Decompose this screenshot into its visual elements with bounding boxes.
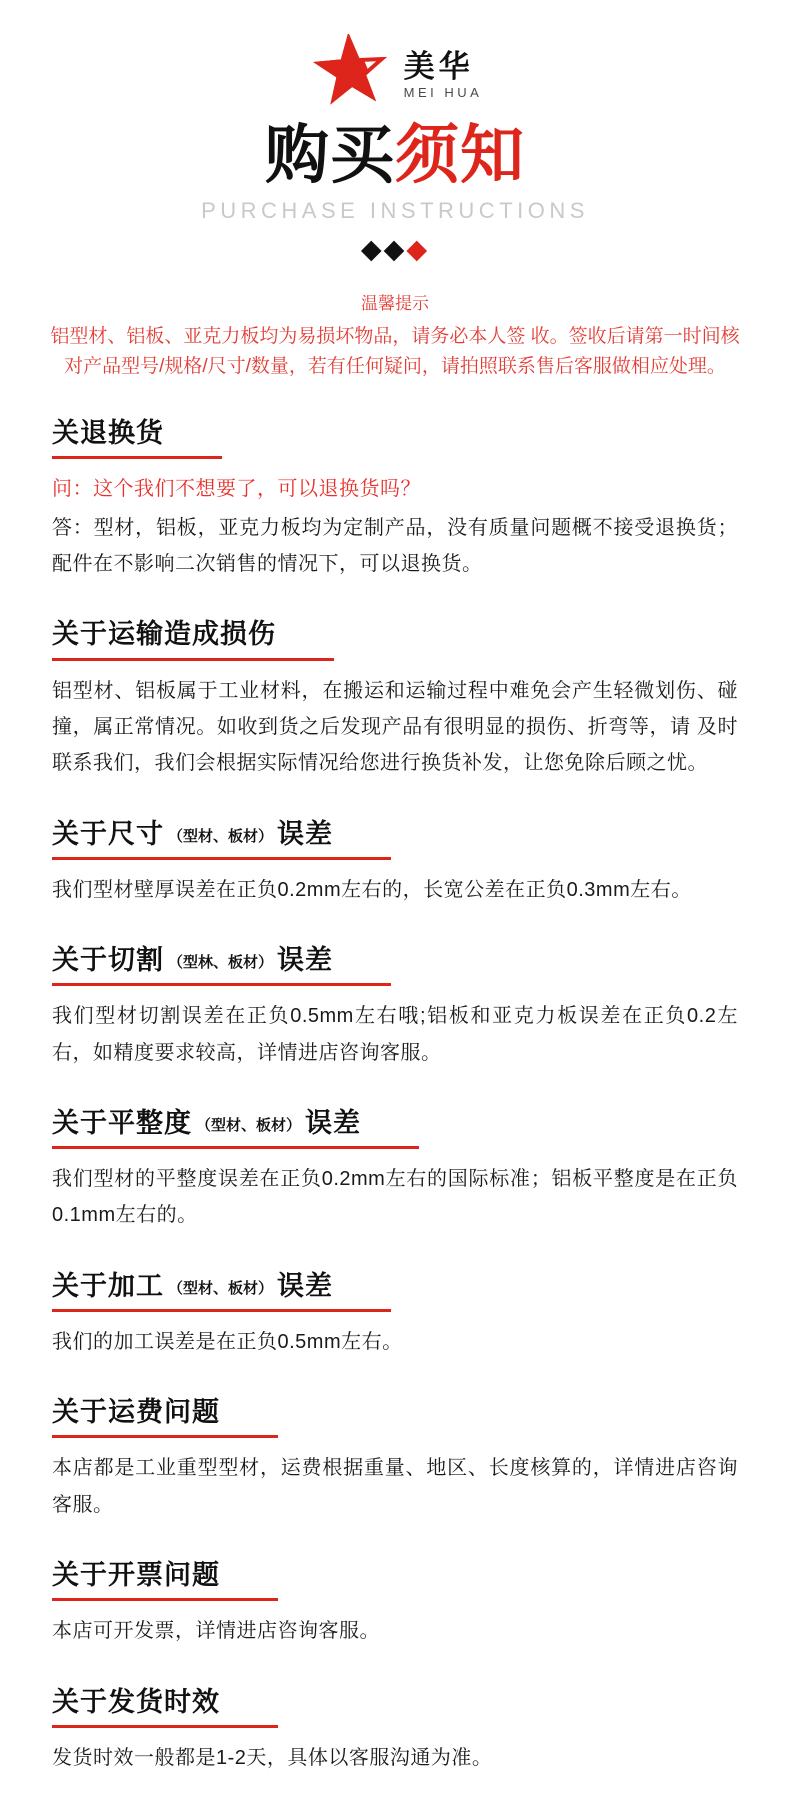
section-title: 关于平整度（型材、板材）误差 (52, 1108, 419, 1149)
sections-list: 关退换货 问：这个我们不想要了，可以退换货吗？ 答：型材，铝板，亚克力板均为定制… (0, 418, 790, 1776)
diamond-icon: ◆ (384, 234, 407, 264)
page-title-red: 须知 (395, 119, 525, 191)
section-title: 关于开票问题 (52, 1560, 278, 1601)
section-freight: 关于运费问题 本店都是工业重型型材，运费根据重量、地区、长度核算的，详情进店咨询… (52, 1397, 738, 1523)
brand-name-cn: 美华 (404, 51, 474, 82)
section-title-text: 关于平整度 (52, 1108, 192, 1138)
section-title-text: 关于加工 (52, 1271, 164, 1301)
section-title-suffix: 误差 (305, 1108, 361, 1138)
purchase-instructions-page: 美华 MEI HUA 购买须知 PURCHASE INSTRUCTIONS ◆◆… (0, 0, 790, 1806)
section-title: 关于发货时效 (52, 1687, 278, 1728)
section-body: 我们型材切割误差在正负0.5mm左右哦;铝板和亚克力板误差在正负0.2左右，如精… (52, 998, 738, 1071)
section-question: 问：这个我们不想要了，可以退换货吗？ (52, 471, 738, 507)
section-title: 关于运费问题 (52, 1397, 278, 1438)
page-title-black: 购买 (265, 119, 395, 191)
section-title: 关退换货 (52, 418, 222, 459)
section-body: 我们的加工误差是在正负0.5mm左右。 (52, 1324, 738, 1360)
page-title: 购买须知 (0, 120, 790, 190)
notice-text: 铝型材、铝板、亚克力板均为易损坏物品，请务必本人签 收。签收后请第一时间核对产品… (45, 322, 745, 381)
section-title-suffix: 误差 (277, 1271, 333, 1301)
section-size-tolerance: 关于尺寸（型材、板材）误差 我们型材壁厚误差在正负0.2mm左右的，长宽公差在正… (52, 819, 738, 908)
section-body: 我们型材的平整度误差在正负0.2mm左右的国际标准；铝板平整度是在正负0.1mm… (52, 1161, 738, 1234)
section-body: 铝型材、铝板属于工业材料，在搬运和运输过程中难免会产生轻微划伤、碰撞，属正常情况… (52, 673, 738, 782)
section-title: 关于加工（型材、板材）误差 (52, 1271, 391, 1312)
section-body: 本店都是工业重型型材，运费根据重量、地区、长度核算的，详情进店咨询客服。 (52, 1450, 738, 1523)
section-title-note: （型林、板材） (168, 954, 273, 971)
brand-logo: 美华 MEI HUA (0, 34, 790, 106)
section-body: 发货时效一般都是1-2天，具体以客服沟通为准。 (52, 1740, 738, 1776)
section-returns: 关退换货 问：这个我们不想要了，可以退换货吗？ 答：型材，铝板，亚克力板均为定制… (52, 418, 738, 582)
diamond-icon: ◆ (361, 234, 384, 264)
section-title-text: 关于运输造成损伤 (52, 619, 276, 649)
section-delivery-time: 关于发货时效 发货时效一般都是1-2天，具体以客服沟通为准。 (52, 1687, 738, 1776)
section-flatness-tolerance: 关于平整度（型材、板材）误差 我们型材的平整度误差在正负0.2mm左右的国际标准… (52, 1108, 738, 1234)
section-title: 关于切割（型林、板材）误差 (52, 945, 391, 986)
diamond-icon: ◆ (406, 234, 429, 264)
section-shipping-damage: 关于运输造成损伤 铝型材、铝板属于工业材料，在搬运和运输过程中难免会产生轻微划伤… (52, 619, 738, 781)
section-invoice: 关于开票问题 本店可开发票，详情进店咨询客服。 (52, 1560, 738, 1649)
section-title-text: 关于尺寸 (52, 819, 164, 849)
section-machining-tolerance: 关于加工（型材、板材）误差 我们的加工误差是在正负0.5mm左右。 (52, 1271, 738, 1360)
section-body: 我们型材壁厚误差在正负0.2mm左右的，长宽公差在正负0.3mm左右。 (52, 872, 738, 908)
section-body: 答：型材，铝板，亚克力板均为定制产品，没有质量问题概不接受退换货；配件在不影响二… (52, 510, 738, 583)
star-logo-icon (308, 34, 394, 106)
section-title-text: 关于切割 (52, 945, 164, 975)
section-title-note: （型材、板材） (168, 1280, 273, 1297)
section-title-suffix: 误差 (277, 819, 333, 849)
section-title-text: 关于开票问题 (52, 1560, 220, 1590)
section-title-note: （型材、板材） (168, 828, 273, 845)
diamond-divider: ◆◆◆ (0, 236, 790, 263)
brand-name-en: MEI HUA (404, 86, 483, 99)
page-subtitle: PURCHASE INSTRUCTIONS (0, 198, 790, 224)
notice-label: 温馨提示 (0, 289, 790, 314)
section-title-text: 关于发货时效 (52, 1687, 220, 1717)
notice-block: 温馨提示 铝型材、铝板、亚克力板均为易损坏物品，请务必本人签 收。签收后请第一时… (0, 289, 790, 381)
section-body: 本店可开发票，详情进店咨询客服。 (52, 1613, 738, 1649)
section-title: 关于运输造成损伤 (52, 619, 334, 660)
section-title: 关于尺寸（型材、板材）误差 (52, 819, 391, 860)
section-title-text: 关于运费问题 (52, 1397, 220, 1427)
section-title-suffix: 误差 (277, 945, 333, 975)
section-cutting-tolerance: 关于切割（型林、板材）误差 我们型材切割误差在正负0.5mm左右哦;铝板和亚克力… (52, 945, 738, 1071)
section-title-note: （型材、板材） (196, 1117, 301, 1134)
brand-text: 美华 MEI HUA (404, 51, 483, 99)
section-title-text: 关退换货 (52, 418, 164, 448)
